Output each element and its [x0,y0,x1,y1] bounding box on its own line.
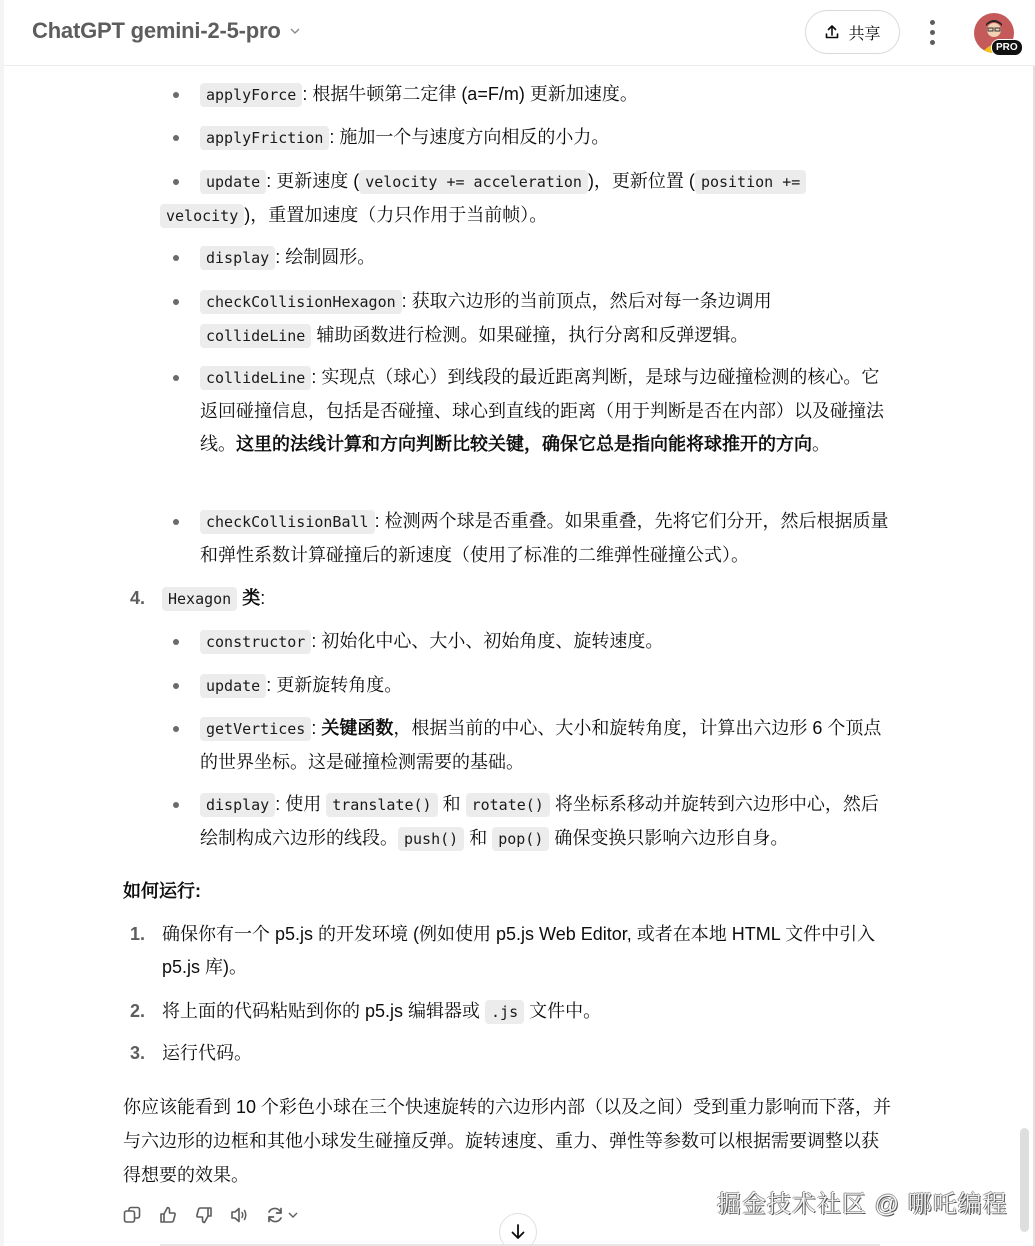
model-switcher[interactable]: ChatGPT gemini-2-5-pro [32,18,301,44]
copy-icon[interactable] [121,1204,143,1226]
inline-code: checkCollisionHexagon [200,290,402,314]
inline-code: applyFriction [200,126,329,150]
message-actions [121,1204,299,1226]
speaker-icon[interactable] [229,1204,251,1226]
regenerate-button[interactable] [265,1205,299,1225]
inline-code: Hexagon [162,587,237,611]
upload-icon [824,24,840,40]
chevron-down-icon [289,25,301,37]
inline-code: update [200,674,266,698]
watermark: 掘金技术社区 @ 哪吒编程 [717,1184,1008,1219]
pro-badge: PRO [991,39,1023,56]
more-options-icon[interactable] [920,16,944,48]
share-label: 共享 [848,21,880,44]
avatar[interactable]: PRO [971,11,1015,55]
inline-code: checkCollisionBall [200,510,375,534]
section-heading: 如何运行: [123,875,201,908]
model-title: ChatGPT gemini-2-5-pro [32,18,281,44]
left-edge [0,0,4,1246]
top-bar: ChatGPT gemini-2-5-pro 共享 PRO [4,0,1035,66]
inline-code: display [200,793,275,817]
refresh-icon [265,1205,285,1225]
summary-paragraph: 你应该能看到 10 个彩色小球在三个快速旋转的六边形内部（以及之间）受到重力影响… [123,1090,893,1192]
share-button[interactable]: 共享 [805,10,900,54]
arrow-down-icon [509,1223,527,1241]
inline-code: applyForce [200,83,302,107]
inline-code: .js [485,1000,524,1024]
inline-code: constructor [200,630,311,654]
chevron-down-icon [287,1209,299,1221]
inline-code: getVertices [200,717,311,741]
inline-code: collideLine [200,366,311,390]
thumbs-up-icon[interactable] [157,1204,179,1226]
scroll-to-bottom-button[interactable] [499,1213,537,1246]
scrollbar-thumb[interactable] [1020,1128,1029,1232]
inline-code: update [200,170,266,194]
thumbs-down-icon[interactable] [193,1204,215,1226]
inline-code: display [200,246,275,270]
